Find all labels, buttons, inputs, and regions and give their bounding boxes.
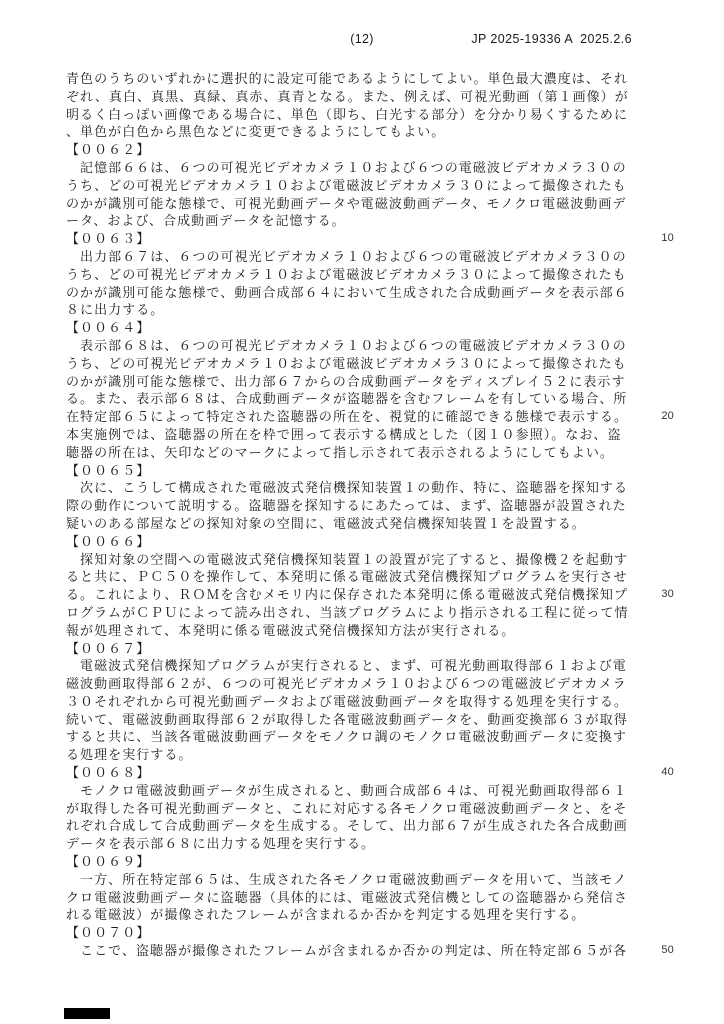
text-line: 表示部６８は、６つの可視光ビデオカメラ１０および６つの電磁波ビデオカメラ３０の [66,337,636,355]
text-line: る処理を実行する。 [66,746,636,764]
line-number-marker: 20 [652,408,674,426]
text-line: 疑いのある部屋などの探知対象の空間に、電磁波式発信機探知装置１を設置する。 [66,515,636,533]
text-line: 本実施例では、盗聴器の所在を枠で囲って表示する構成とした（図１０参照）。なお、盗 [66,426,636,444]
text-line: 【００６４】 [66,319,636,337]
line-number-marker: 10 [652,230,674,248]
text-line: ータ、および、合成動画データを記憶する。 [66,212,636,230]
text-line: うち、どの可視光ビデオカメラ１０および電磁波ビデオカメラ３０によって撮像されたも [66,177,636,195]
text-line: のかが識別可能な態様で、可視光動画データや電磁波動画データ、モノクロ電磁波動画デ [66,195,636,213]
text-line: 探知対象の空間への電磁波式発信機探知装置１の設置が完了すると、撮像機２を起動す [66,551,636,569]
text-line: る。これにより、ＲＯＭを含むメモリ内に保存された本発明に係る電磁波式発信機探知プ [66,586,636,604]
header-publication-number: JP 2025-19336 A 2025.2.6 [471,31,632,48]
text-line: すると共に、当該各電磁波動画データをモノクロ調のモノクロ電磁波動画データに変換す [66,728,636,746]
text-line: モノクロ電磁波動画データが生成されると、動画合成部６４は、可視光動画取得部６１ [66,782,636,800]
scan-artifact-mark [64,1008,110,1019]
text-line: 聴器の所在は、矢印などのマークによって指し示されて表示されるようにしてもよい。 [66,444,636,462]
line-number-rail: 1020304050 [652,70,674,970]
text-line: 在特定部６５によって特定された盗聴器の所在を、視覚的に確認できる態様で表示する。 [66,408,636,426]
text-line: 【００６３】 [66,230,636,248]
text-line: 磁波動画取得部６２が、６つの可視光ビデオカメラ１０および６つの電磁波ビデオカメラ [66,675,636,693]
text-line: 際の動作について説明する。盗聴器を探知するにあたっては、まず、盗聴器が設置された [66,497,636,515]
text-line: れぞれ合成して合成動画データを生成する。そして、出力部６７が生成された各合成動画 [66,817,636,835]
text-line: のかが識別可能な態様で、出力部６７からの合成動画データをディスプレイ５２に表示す [66,373,636,391]
text-line: うち、どの可視光ビデオカメラ１０および電磁波ビデオカメラ３０によって撮像されたも [66,355,636,373]
text-line: 【００６２】 [66,141,636,159]
text-line: ここで、盗聴器が撮像されたフレームが含まれるか否かの判定は、所在特定部６５が各 [66,942,636,960]
text-line: が取得した各可視光動画データと、これに対応する各モノクロ電磁波動画データと、をそ [66,800,636,818]
text-line: 続いて、電磁波動画取得部６２が取得した各電磁波動画データを、動画変換部６３が取得 [66,711,636,729]
text-line: 明るく白っぽい画像である場合に、単色（即ち、白光する部分）を分かり易くするために [66,106,636,124]
text-line: 、単色が白色から黒色などに変更できるようにしてもよい。 [66,123,636,141]
text-line: クロ電磁波動画データに盗聴器（具体的には、電磁波式発信機としての盗聴器から発信さ [66,889,636,907]
text-line: うち、どの可視光ビデオカメラ１０および電磁波ビデオカメラ３０によって撮像されたも [66,266,636,284]
text-line: 【００７０】 [66,924,636,942]
text-line: ログラムがＣＰＵによって読み出され、当該プログラムにより指示される工程に従って情 [66,604,636,622]
text-line: れる電磁波）が撮像されたフレームが含まれるか否かを判定する処理を実行する。 [66,906,636,924]
text-line: 一方、所在特定部６５は、生成された各モノクロ電磁波動画データを用いて、当該モノ [66,871,636,889]
text-line: 【００６９】 [66,853,636,871]
line-number-marker: 50 [652,942,674,960]
text-line: 【００６５】 [66,462,636,480]
text-line: 記憶部６６は、６つの可視光ビデオカメラ１０および６つの電磁波ビデオカメラ３０の [66,159,636,177]
text-line: 【００６６】 [66,533,636,551]
text-line: 次に、こうして構成された電磁波式発信機探知装置１の動作、特に、盗聴器を探知する [66,479,636,497]
text-line: 出力部６７は、６つの可視光ビデオカメラ１０および６つの電磁波ビデオカメラ３０の [66,248,636,266]
text-line: ると共に、ＰＣ５０を操作して、本発明に係る電磁波式発信機探知プログラムを実行させ [66,568,636,586]
text-line: のかが識別可能な態様で、動画合成部６４において生成された合成動画データを表示部６ [66,284,636,302]
patent-document-page: (12) JP 2025-19336 A 2025.2.6 青色のうちのいずれか… [0,0,724,1024]
text-line: ３０それぞれから可視光動画データおよび電磁波動画データを取得する処理を実行する。 [66,693,636,711]
text-line: 電磁波式発信機探知プログラムが実行されると、まず、可視光動画取得部６１および電 [66,657,636,675]
text-line: ８に出力する。 [66,301,636,319]
line-number-marker: 40 [652,764,674,782]
text-line: 【００６７】 [66,640,636,658]
text-line: データを表示部６８に出力する処理を実行する。 [66,835,636,853]
text-line: る。また、表示部６８は、合成動画データが盗聴器を含むフレームを有している場合、所 [66,390,636,408]
text-line: 報が処理されて、本発明に係る電磁波式発信機探知方法が実行される。 [66,622,636,640]
text-line: 【００６８】 [66,764,636,782]
body-text: 青色のうちのいずれかに選択的に設定可能であるようにしてよい。単色最大濃度は、それ… [66,70,636,960]
text-line: 青色のうちのいずれかに選択的に設定可能であるようにしてよい。単色最大濃度は、それ [66,70,636,88]
line-number-marker: 30 [652,586,674,604]
text-line: ぞれ、真白、真黒、真緑、真赤、真青となる。また、例えば、可視光動画（第１画像）が [66,88,636,106]
